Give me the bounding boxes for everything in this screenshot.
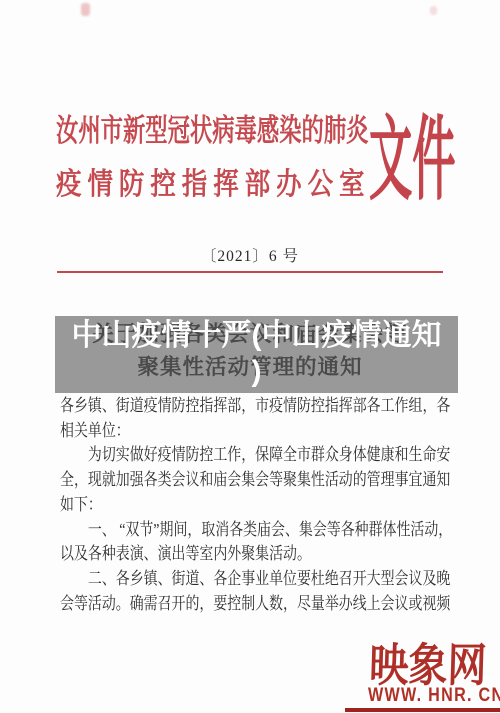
doc-body: 各乡镇、街道疫情防控指挥部，市疫情防控指挥部各工作组，各 相关单位： 为切实做好… bbox=[60, 394, 460, 616]
letterhead-org-line2: 疫情防控指挥部办公室 bbox=[56, 160, 371, 210]
scan-speck bbox=[430, 6, 437, 15]
body-line: 如下： bbox=[60, 493, 388, 518]
letterhead-doc-type: 文件 bbox=[369, 112, 455, 208]
caption-overlay-band: 中山疫情十严(中山疫情通知 ) bbox=[55, 316, 458, 393]
body-line: 会等活动。确需召开的，要控制人数，尽量举办线上会议或视频 bbox=[60, 592, 388, 617]
letterhead-rule bbox=[57, 271, 443, 273]
body-line: 为切实做好疫情防控工作，保障全市群众身体健康和生命安 bbox=[60, 443, 388, 468]
body-line: 相关单位： bbox=[60, 419, 388, 444]
article-image-scanned-document: 汝州市新型冠状病毒感染的肺炎 疫情防控指挥部办公室 文件 〔2021〕6 号 关… bbox=[0, 0, 500, 713]
body-line: 以及各种表演、演出等室内外聚集活动。 bbox=[60, 542, 388, 567]
doc-number: 〔2021〕6 号 bbox=[0, 244, 500, 266]
media-logo-url: WWW. HNR. CN bbox=[368, 685, 500, 707]
letterhead-org-line1: 汝州市新型冠状病毒感染的肺炎 bbox=[56, 106, 368, 156]
caption-text-line2: ) bbox=[55, 354, 458, 390]
body-line: 一、 “双节”期间，取消各类庙会、集会等各种群体性活动， bbox=[60, 518, 388, 543]
media-logo-underline bbox=[345, 708, 500, 712]
body-line: 全，现就加强各类会议和庙会集会等聚集性活动的管理事宜通知 bbox=[60, 468, 388, 493]
body-line: 二、各乡镇、街道、各企事业单位要杜绝召开大型会议及晚 bbox=[60, 567, 388, 592]
caption-text-line1: 中山疫情十严(中山疫情通知 bbox=[55, 318, 458, 354]
body-line: 各乡镇、街道疫情防控指挥部，市疫情防控指挥部各工作组，各 bbox=[60, 394, 388, 419]
media-logo-wordmark: 映象网 bbox=[369, 642, 488, 690]
scan-speck bbox=[81, 3, 90, 16]
